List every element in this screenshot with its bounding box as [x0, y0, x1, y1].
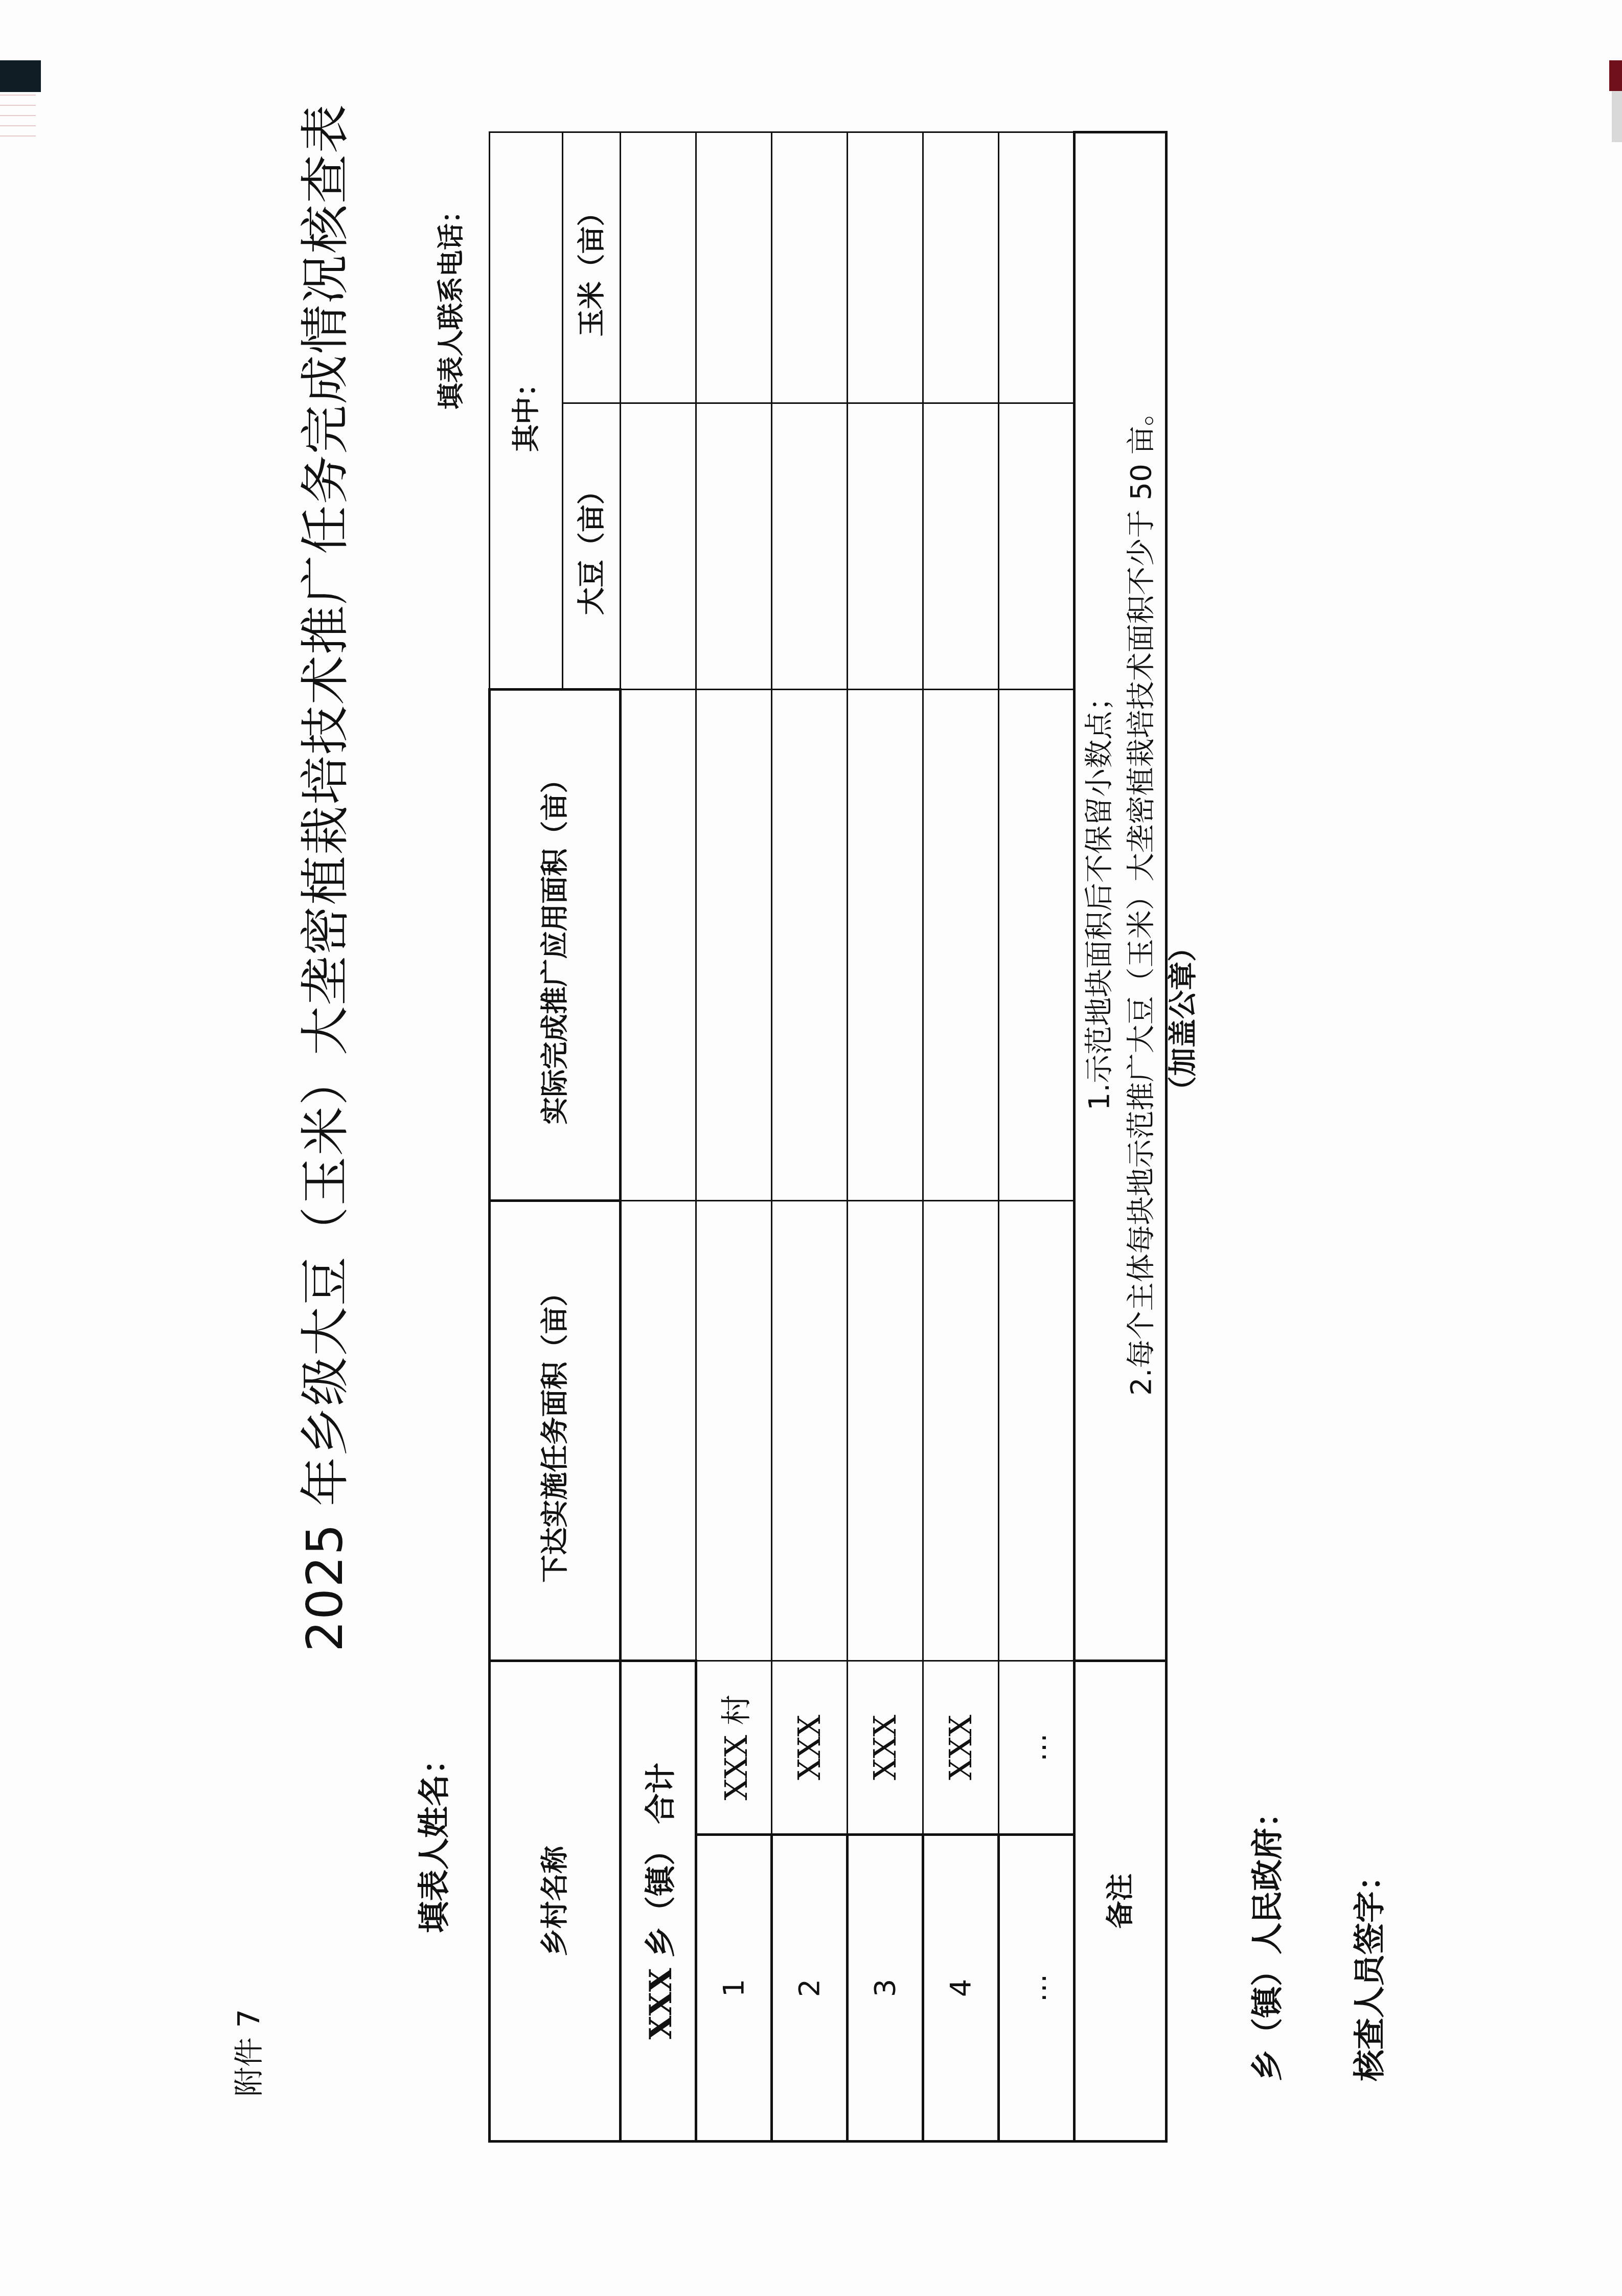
attachment-label: 附件 7 — [225, 2009, 268, 2097]
rotated-document-page: 附件 7 2025 年乡级大豆（玉米）大垄密植栽培技术推广任务完成情况核查表 填… — [0, 0, 1622, 2296]
row-village-name: … — [999, 1661, 1075, 1835]
row-corn-cell[interactable] — [999, 132, 1075, 403]
row-corn-cell[interactable] — [923, 132, 999, 403]
total-corn-cell[interactable] — [621, 132, 696, 403]
row-soybean-cell[interactable] — [923, 403, 999, 690]
table-row: 1 XXX 村 — [696, 132, 772, 2142]
row-actual-cell[interactable] — [923, 690, 999, 1201]
total-assigned-cell[interactable] — [621, 1201, 696, 1661]
table-row: 2 XXX — [772, 132, 848, 2142]
row-soybean-cell[interactable] — [848, 403, 923, 690]
row-soybean-cell[interactable] — [772, 403, 848, 690]
header-soybean: 大豆（亩） — [563, 403, 621, 690]
remark-note-2: 2.每个主体每块地示范推广大豆（玉米）大垄密植栽培技术面积不少于 50 亩。 — [1121, 133, 1162, 1660]
row-village-name: XXX 村 — [696, 1661, 772, 1835]
row-index: 4 — [923, 1835, 999, 2142]
row-index: 3 — [848, 1835, 923, 2142]
verification-table: 乡村名称 下达实施任务面积（亩） 实际完成推广应用面积（亩） 其中： 大豆（亩）… — [488, 131, 1168, 2143]
row-assigned-cell[interactable] — [696, 1201, 772, 1661]
row-village-name: XXX — [848, 1661, 923, 1835]
row-index: 2 — [772, 1835, 848, 2142]
row-soybean-cell[interactable] — [696, 403, 772, 690]
official-seal-note: （加盖公章） — [1160, 933, 1201, 1105]
row-actual-cell[interactable] — [696, 690, 772, 1201]
table-row: 4 XXX — [923, 132, 999, 2142]
header-assigned-area: 下达实施任务面积（亩） — [490, 1201, 621, 1661]
remark-note-1: 1.示范地块面积后不保留小数点； — [1079, 133, 1120, 1660]
row-village-name: XXX — [923, 1661, 999, 1835]
row-assigned-cell[interactable] — [999, 1201, 1075, 1661]
row-assigned-cell[interactable] — [923, 1201, 999, 1661]
row-soybean-cell[interactable] — [999, 403, 1075, 690]
table-row: … … — [999, 132, 1075, 2142]
row-corn-cell[interactable] — [772, 132, 848, 403]
row-assigned-cell[interactable] — [848, 1201, 923, 1661]
row-village-name: XXX — [772, 1661, 848, 1835]
total-actual-cell[interactable] — [621, 690, 696, 1201]
row-corn-cell[interactable] — [696, 132, 772, 403]
row-actual-cell[interactable] — [848, 690, 923, 1201]
total-label: XXX 乡（镇） 合计 — [621, 1661, 696, 2142]
header-of-which: 其中： — [490, 132, 563, 690]
total-soybean-cell[interactable] — [621, 403, 696, 690]
row-actual-cell[interactable] — [772, 690, 848, 1201]
header-corn: 玉米（亩） — [563, 132, 621, 403]
document-title: 2025 年乡级大豆（玉米）大垄密植栽培技术推广任务完成情况核查表 — [286, 271, 356, 1652]
filler-phone-label: 填表人联系电话： — [429, 197, 468, 410]
row-index: 1 — [696, 1835, 772, 2142]
remarks-notes: 1.示范地块面积后不保留小数点； 2.每个主体每块地示范推广大豆（玉米）大垄密植… — [1075, 132, 1167, 1661]
filler-name-label: 填表人姓名： — [409, 1743, 454, 1933]
row-assigned-cell[interactable] — [772, 1201, 848, 1661]
row-index: … — [999, 1835, 1075, 2142]
remarks-label: 备注 — [1075, 1661, 1167, 2142]
row-corn-cell[interactable] — [848, 132, 923, 403]
header-actual-area: 实际完成推广应用面积（亩） — [490, 690, 621, 1201]
total-row: XXX 乡（镇） 合计 — [621, 132, 696, 2142]
township-gov-label: 乡（镇）人民政府： — [1242, 1796, 1288, 2081]
checker-signature-label: 核查人员签字： — [1344, 1859, 1390, 2081]
row-actual-cell[interactable] — [999, 690, 1075, 1201]
header-village-name: 乡村名称 — [490, 1661, 621, 2142]
remarks-row: 备注 1.示范地块面积后不保留小数点； 2.每个主体每块地示范推广大豆（玉米）大… — [1075, 132, 1167, 2142]
table-row: 3 XXX — [848, 132, 923, 2142]
